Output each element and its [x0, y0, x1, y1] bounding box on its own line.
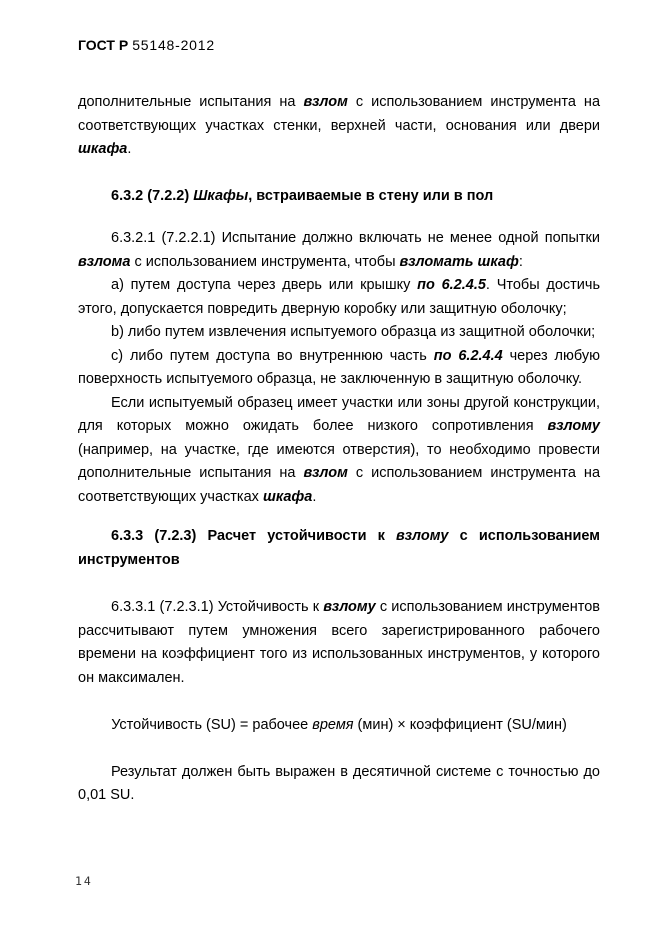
page-number: 14	[75, 874, 93, 888]
text-segment: Результат должен быть выражен в десятичн…	[78, 764, 600, 804]
document-body: дополнительные испытания на взлом с испо…	[0, 53, 661, 808]
text-segment: по 6.2.4.4	[434, 348, 503, 364]
text-segment: 6.3.2 (7.2.2)	[111, 188, 193, 204]
text-segment: взлома	[78, 254, 130, 270]
text-segment: .	[127, 141, 131, 157]
text-segment: взлому	[323, 599, 375, 615]
text-segment: по 6.2.4.5	[417, 277, 486, 293]
text-segment: b) либо путем извлечения испытуемого обр…	[111, 324, 595, 340]
list-item-b: b) либо путем извлечения испытуемого обр…	[78, 321, 600, 345]
list-item-a: a) путем доступа через дверь или крышку …	[78, 274, 600, 321]
document-header: ГОСТ Р55148-2012	[0, 0, 661, 53]
text-segment: взломать шкаф	[400, 254, 519, 270]
standard-number: 55148-2012	[132, 37, 215, 53]
paragraph-result: Результат должен быть выражен в десятичн…	[78, 761, 600, 808]
text-segment: взлому	[396, 528, 448, 544]
clause-6-3-3-1: 6.3.3.1 (7.2.3.1) Устойчивость к взлому …	[78, 596, 600, 690]
text-segment: взлому	[548, 418, 600, 434]
text-segment: Устойчивость (SU) = рабочее	[111, 717, 312, 733]
text-segment: :	[519, 254, 523, 270]
text-segment: 6.3.3.1 (7.2.3.1) Устойчивость к	[111, 599, 323, 615]
text-segment: взлом	[303, 465, 347, 481]
text-segment: с использованием инструмента, чтобы	[130, 254, 399, 270]
text-segment: время	[312, 717, 353, 733]
continuation-paragraph: дополнительные испытания на взлом с испо…	[78, 91, 600, 162]
text-segment: взлом	[303, 94, 347, 110]
text-segment: Если испытуемый образец имеет участки ил…	[78, 395, 600, 435]
text-segment: дополнительные испытания на	[78, 94, 303, 110]
text-segment: шкафа	[78, 141, 127, 157]
page-footer: 14	[75, 874, 93, 888]
text-segment: Шкафы	[193, 188, 248, 204]
heading-6-3-2: 6.3.2 (7.2.2) Шкафы, встраиваемые в стен…	[78, 185, 600, 209]
text-segment: шкафа	[263, 489, 312, 505]
clause-6-3-2-1: 6.3.2.1 (7.2.2.1) Испытание должно включ…	[78, 227, 600, 274]
heading-6-3-3: 6.3.3 (7.2.3) Расчет устойчивости к взло…	[78, 525, 600, 572]
text-segment: , встраиваемые в стену или в пол	[248, 188, 493, 204]
text-segment: a) путем доступа через дверь или крышку	[111, 277, 417, 293]
text-segment: .	[312, 489, 316, 505]
paragraph-additional-tests: Если испытуемый образец имеет участки ил…	[78, 392, 600, 510]
list-item-c: c) либо путем доступа во внутреннюю част…	[78, 345, 600, 392]
text-segment: c) либо путем доступа во внутреннюю част…	[111, 348, 434, 364]
text-segment: (мин) × коэффициент (SU/мин)	[354, 717, 567, 733]
standard-code: ГОСТ Р	[78, 37, 128, 53]
text-segment: 6.3.3 (7.2.3) Расчет устойчивости к	[111, 528, 396, 544]
text-segment: 6.3.2.1 (7.2.2.1) Испытание должно включ…	[111, 230, 600, 246]
formula: Устойчивость (SU) = рабочее время (мин) …	[78, 714, 600, 738]
